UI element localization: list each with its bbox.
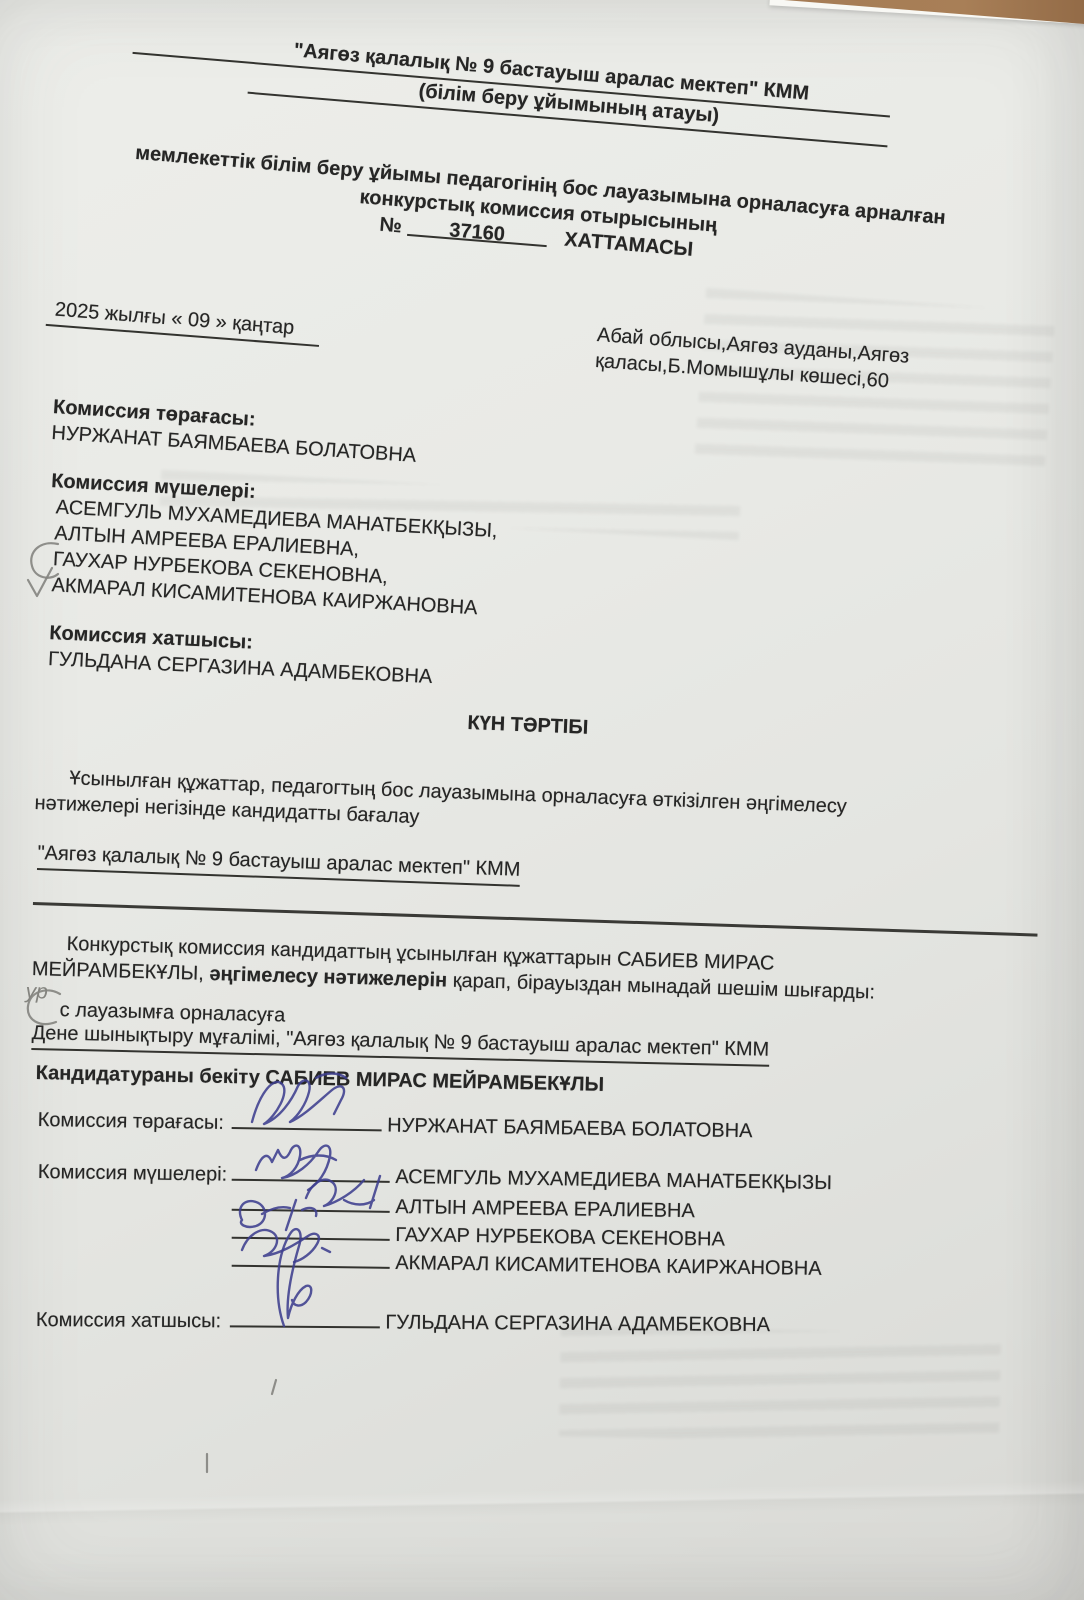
sig-label-spacer [38,1264,232,1267]
tick-stroke [272,1380,276,1394]
agenda-title: КҮН ТӘРТІБІ [467,710,589,741]
stray-pen-tick [202,1452,212,1474]
pen-scribble-mark [24,536,84,598]
secretary-signature-ink [262,1226,362,1330]
sig-label-spacer [38,1236,232,1239]
sig-chairman-label: Комиссия төрағасы: [38,1109,232,1135]
sig-member-name: АСЕМГУЛЬ МУХАМЕДИЕВА МАНАТБЕКҚЫЗЫ [395,1166,832,1194]
pen-check-stroke [28,568,52,596]
decision-line-2-bold: әңгімелесу нәтижелерін [209,963,447,992]
sig-members-label: Комиссия мүшелері: [38,1161,232,1187]
chairman-signature-ink [246,1072,376,1130]
protocol-number: 37160 [449,219,506,245]
stray-pen-tick [268,1378,280,1396]
signature-stroke [252,1074,346,1125]
decision-line-2-pre: МЕЙРАМБЕКҰЛЫ, [32,958,210,985]
bleedthrough-ghost [559,1326,1001,1444]
sig-secretary-label: Комиссия хатшысы: [36,1309,230,1333]
members-block: Комиссия мүшелері: АСЕМГУЛЬ МУХАМЕДИЕВА … [45,468,500,622]
sig-member-name: АКМАРАЛ КИСАМИТЕНОВА КАИРЖАНОВНА [395,1252,822,1280]
number-sign: № [379,214,403,238]
sig-chairman-name: НУРЖАНАТ БАЯМБАЕВА БОЛАТОВНА [387,1114,753,1142]
signature-stroke [278,1229,312,1326]
scanned-protocol-photo: "Аягөз қалалық № 9 бастауыш аралас мекте… [0,0,1084,1600]
sig-member-name: АЛТЫН АМРЕЕВА ЕРАЛИЕВНА [395,1196,695,1222]
sig-member-name: ГАУХАР НУРБЕКОВА СЕКЕНОВНА [395,1224,725,1251]
sig-row-secretary: Комиссия хатшысы: ГУЛЬДАНА СЕРГАЗИНА АДА… [36,1304,770,1337]
pen-circle-stroke [31,543,58,577]
sig-label-spacer [38,1208,232,1211]
sig-secretary-name: ГУЛЬДАНА СЕРГАЗИНА АДАМБЕКОВНА [385,1311,770,1336]
pen-circle-stroke [28,990,60,1024]
